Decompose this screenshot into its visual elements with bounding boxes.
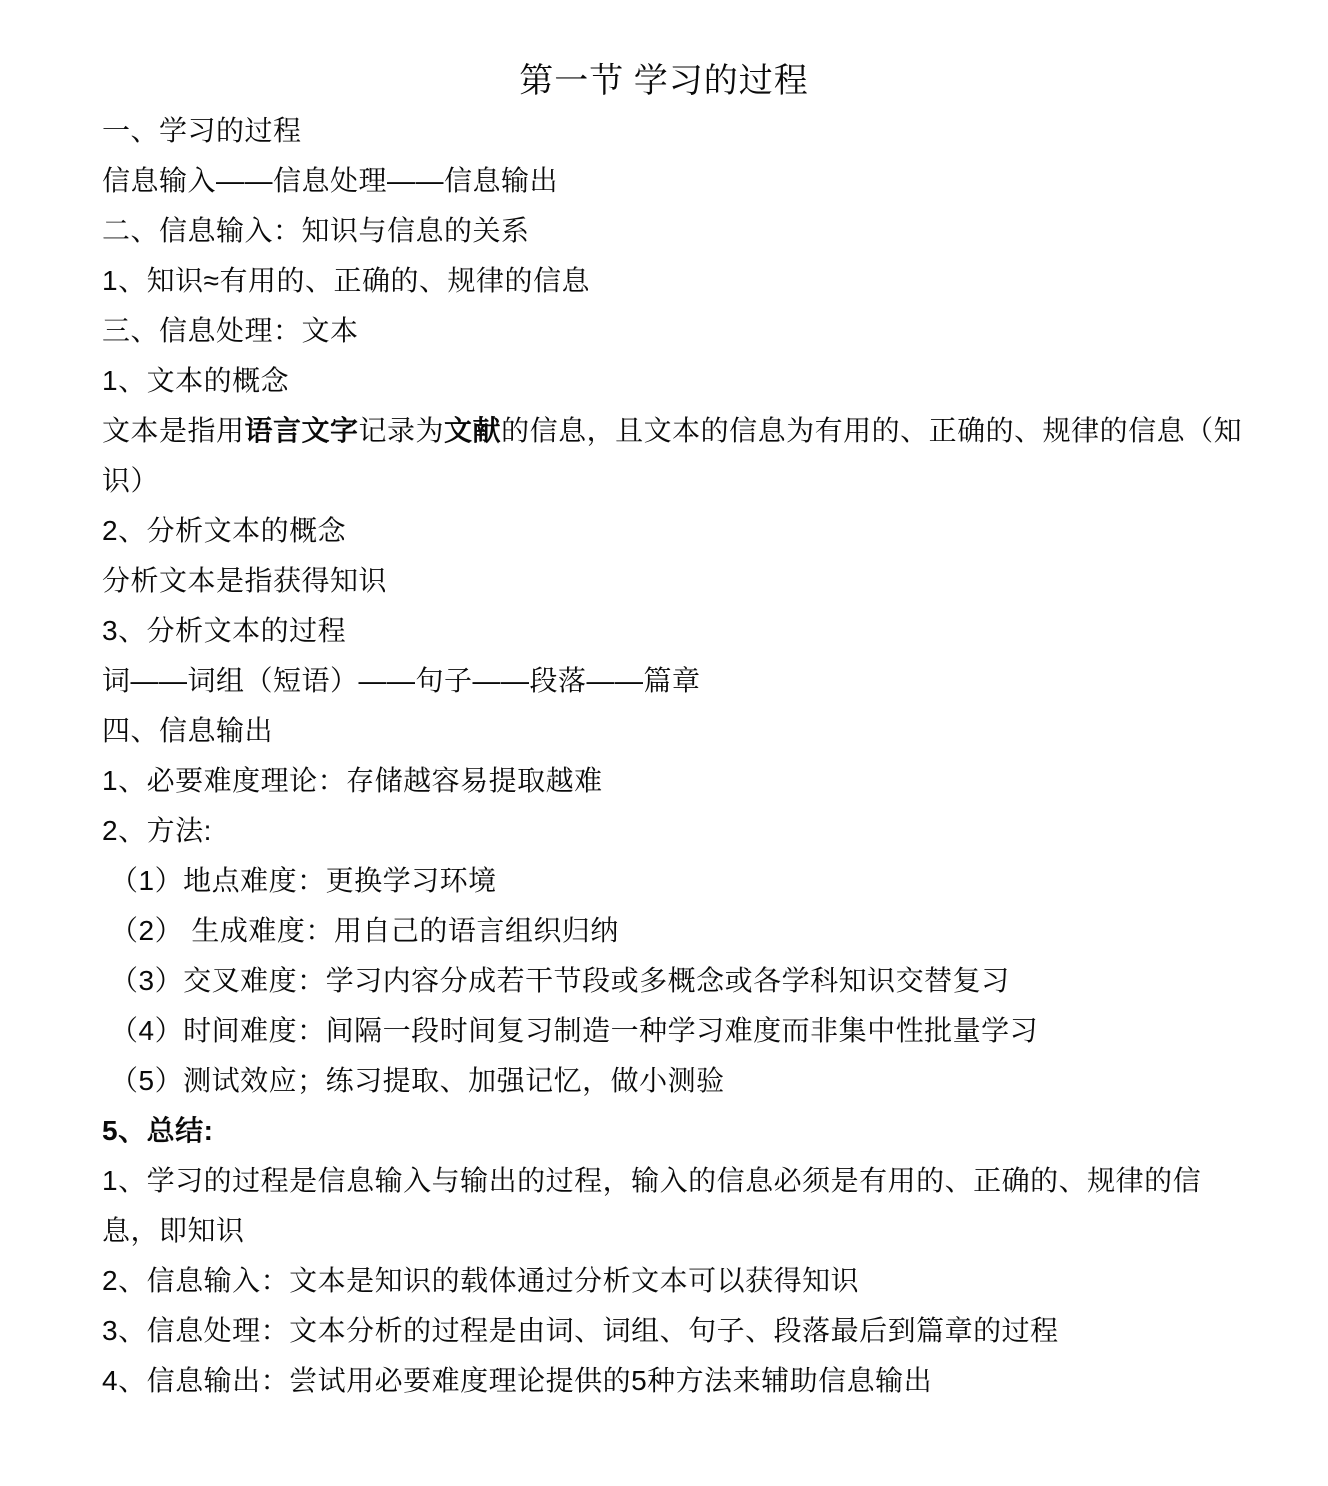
bold-text-segment: 文献 bbox=[444, 415, 501, 446]
text-segment: 文本是指用 bbox=[102, 415, 245, 446]
text-segment: 一、学习的过程 bbox=[102, 115, 302, 146]
text-line: 1、文本的概念 bbox=[102, 356, 1238, 406]
document-page: 第一节 学习的过程 一、学习的过程信息输入——信息处理——信息输出二、信息输入：… bbox=[0, 0, 1328, 1486]
text-segment: 识） bbox=[102, 465, 159, 496]
text-line: 识） bbox=[102, 456, 1238, 506]
text-segment: 2、信息输入：文本是知识的载体通过分析文本可以获得知识 bbox=[102, 1265, 859, 1296]
text-line: 一、学习的过程 bbox=[102, 106, 1238, 156]
page-title: 第一节 学习的过程 bbox=[0, 0, 1328, 104]
text-line: 息，即知识 bbox=[102, 1206, 1238, 1256]
text-segment: 1、文本的概念 bbox=[102, 365, 289, 396]
text-line: 1、学习的过程是信息输入与输出的过程，输入的信息必须是有用的、正确的、规律的信 bbox=[102, 1156, 1238, 1206]
text-line: 1、必要难度理论：存储越容易提取越难 bbox=[102, 756, 1238, 806]
text-line: （1）地点难度：更换学习环境 bbox=[102, 856, 1238, 906]
text-segment: （1）地点难度：更换学习环境 bbox=[110, 865, 497, 896]
text-segment: 3、信息处理：文本分析的过程是由词、词组、句子、段落最后到篇章的过程 bbox=[102, 1315, 1059, 1346]
text-segment: 1、知识≈有用的、正确的、规律的信息 bbox=[102, 265, 590, 296]
text-line: 分析文本是指获得知识 bbox=[102, 556, 1238, 606]
text-line: 3、分析文本的过程 bbox=[102, 606, 1238, 656]
text-segment: （4）时间难度：间隔一段时间复习制造一种学习难度而非集中性批量学习 bbox=[110, 1015, 1038, 1046]
text-line: 三、信息处理：文本 bbox=[102, 306, 1238, 356]
text-line: 2、分析文本的概念 bbox=[102, 506, 1238, 556]
text-line: 5、总结: bbox=[102, 1106, 1238, 1156]
text-line: （4）时间难度：间隔一段时间复习制造一种学习难度而非集中性批量学习 bbox=[102, 1006, 1238, 1056]
text-segment: （2） 生成难度：用自己的语言组织归纳 bbox=[110, 915, 619, 946]
text-segment: 4、信息输出：尝试用必要难度理论提供的5种方法来辅助信息输出 bbox=[102, 1365, 932, 1396]
text-segment: 5、总结: bbox=[102, 1115, 213, 1146]
text-segment: 三、信息处理：文本 bbox=[102, 315, 359, 346]
text-segment: 分析文本是指获得知识 bbox=[102, 565, 387, 596]
text-line: 1、知识≈有用的、正确的、规律的信息 bbox=[102, 256, 1238, 306]
text-line: 2、信息输入：文本是知识的载体通过分析文本可以获得知识 bbox=[102, 1256, 1238, 1306]
text-line: 3、信息处理：文本分析的过程是由词、词组、句子、段落最后到篇章的过程 bbox=[102, 1306, 1238, 1356]
text-segment: （3）交叉难度：学习内容分成若干节段或多概念或各学科知识交替复习 bbox=[110, 965, 1010, 996]
text-segment: 3、分析文本的过程 bbox=[102, 615, 346, 646]
document-body: 一、学习的过程信息输入——信息处理——信息输出二、信息输入：知识与信息的关系1、… bbox=[0, 104, 1328, 1406]
text-segment: 词——词组（短语）——句子——段落——篇章 bbox=[102, 665, 701, 696]
bold-text-segment: 语言文字 bbox=[245, 415, 359, 446]
text-line: 信息输入——信息处理——信息输出 bbox=[102, 156, 1238, 206]
text-segment: 2、分析文本的概念 bbox=[102, 515, 346, 546]
text-line: 2、方法: bbox=[102, 806, 1238, 856]
text-line: 文本是指用语言文字记录为文献的信息，且文本的信息为有用的、正确的、规律的信息（知 bbox=[102, 406, 1238, 456]
text-segment: 1、必要难度理论：存储越容易提取越难 bbox=[102, 765, 603, 796]
text-segment: 的信息，且文本的信息为有用的、正确的、规律的信息（知 bbox=[501, 415, 1242, 446]
text-line: （2） 生成难度：用自己的语言组织归纳 bbox=[102, 906, 1238, 956]
text-segment: 息，即知识 bbox=[102, 1215, 245, 1246]
text-segment: 四、信息输出 bbox=[102, 715, 273, 746]
text-line: （3）交叉难度：学习内容分成若干节段或多概念或各学科知识交替复习 bbox=[102, 956, 1238, 1006]
text-segment: （5）测试效应；练习提取、加强记忆，做小测验 bbox=[110, 1065, 725, 1096]
text-line: （5）测试效应；练习提取、加强记忆，做小测验 bbox=[102, 1056, 1238, 1106]
text-segment: 1、学习的过程是信息输入与输出的过程，输入的信息必须是有用的、正确的、规律的信 bbox=[102, 1165, 1201, 1196]
text-line: 4、信息输出：尝试用必要难度理论提供的5种方法来辅助信息输出 bbox=[102, 1356, 1238, 1406]
text-line: 词——词组（短语）——句子——段落——篇章 bbox=[102, 656, 1238, 706]
text-line: 二、信息输入：知识与信息的关系 bbox=[102, 206, 1238, 256]
text-segment: 记录为 bbox=[359, 415, 445, 446]
text-segment: 信息输入——信息处理——信息输出 bbox=[102, 165, 558, 196]
text-segment: 2、方法: bbox=[102, 815, 212, 846]
text-segment: 二、信息输入：知识与信息的关系 bbox=[102, 215, 530, 246]
text-line: 四、信息输出 bbox=[102, 706, 1238, 756]
